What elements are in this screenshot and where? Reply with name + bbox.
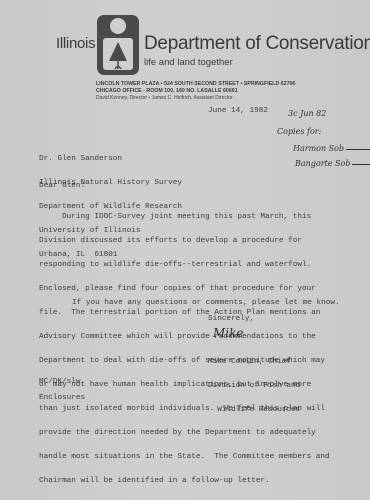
signer-line: Division of Fish and: [208, 382, 300, 390]
enclosures-note: Enclosures: [39, 394, 85, 402]
reference-initials: MC/DK/slw: [39, 378, 81, 386]
letterhead-state: Illinois: [56, 35, 95, 52]
address-line-2: CHICAGO OFFICE - ROOM 100, 160 NO. LASAL…: [96, 88, 295, 95]
signer-block: Mike Conlin, Chief Division of Fish and …: [208, 342, 300, 430]
signer-line: Mike Conlin, Chief: [208, 358, 300, 366]
signer-line: Wildlife Resources: [208, 406, 300, 414]
body-line: Enclosed, please find four copies of tha…: [39, 285, 330, 293]
letterhead-motto: life and land together: [144, 57, 233, 68]
body-line: Advisory Committee which will provide re…: [39, 333, 330, 341]
copy-2-text: Bangorte Sob: [295, 159, 350, 168]
handwritten-date-note: 3c Jun 82: [288, 109, 326, 118]
address-line-1: LINCOLN TOWER PLAZA • 524 SOUTH SECOND S…: [96, 81, 295, 88]
letterhead-staff: David Kenney, Director • James C. Helfri…: [96, 95, 233, 101]
body-line: Chairman will be identified in a follow-…: [39, 477, 330, 485]
letter-date: June 14, 1982: [208, 107, 268, 115]
handwritten-signature: Mike: [213, 326, 244, 340]
body-line: file. The terrestrial portion of the Act…: [39, 309, 330, 317]
letterhead-address: LINCOLN TOWER PLAZA • 524 SOUTH SECOND S…: [96, 81, 295, 95]
underline-stroke: [346, 149, 370, 150]
underline-stroke: [352, 164, 370, 165]
body-line: responding to wildlife die-offs--terrest…: [39, 261, 330, 269]
body-paragraph-2: If you have any questions or comments, p…: [72, 299, 340, 307]
tree-in-frame-icon: [96, 14, 140, 76]
letterhead-department: Department of Conservation: [144, 33, 370, 55]
handwritten-copy-2: Bangorte Sob: [295, 159, 370, 168]
body-line: provide the direction needed by the Depa…: [39, 429, 330, 437]
copy-1-text: Harmon Sob: [293, 144, 344, 153]
salutation: Dear Glen:: [39, 182, 85, 190]
body-line: Division discussed its efforts to develo…: [39, 237, 330, 245]
handwritten-copies-label: Copies for:: [277, 127, 321, 136]
letter-page: Illinois Department of Conservation life…: [0, 0, 370, 500]
complimentary-close: Sincerely,: [208, 315, 254, 323]
recipient-line: Dr. Glen Sanderson: [39, 155, 182, 163]
body-line: During IDOC-Survey joint meeting this pa…: [39, 213, 330, 221]
handwritten-copy-1: Harmon Sob: [293, 144, 370, 153]
body-line: handle most situations in the State. The…: [39, 453, 330, 461]
